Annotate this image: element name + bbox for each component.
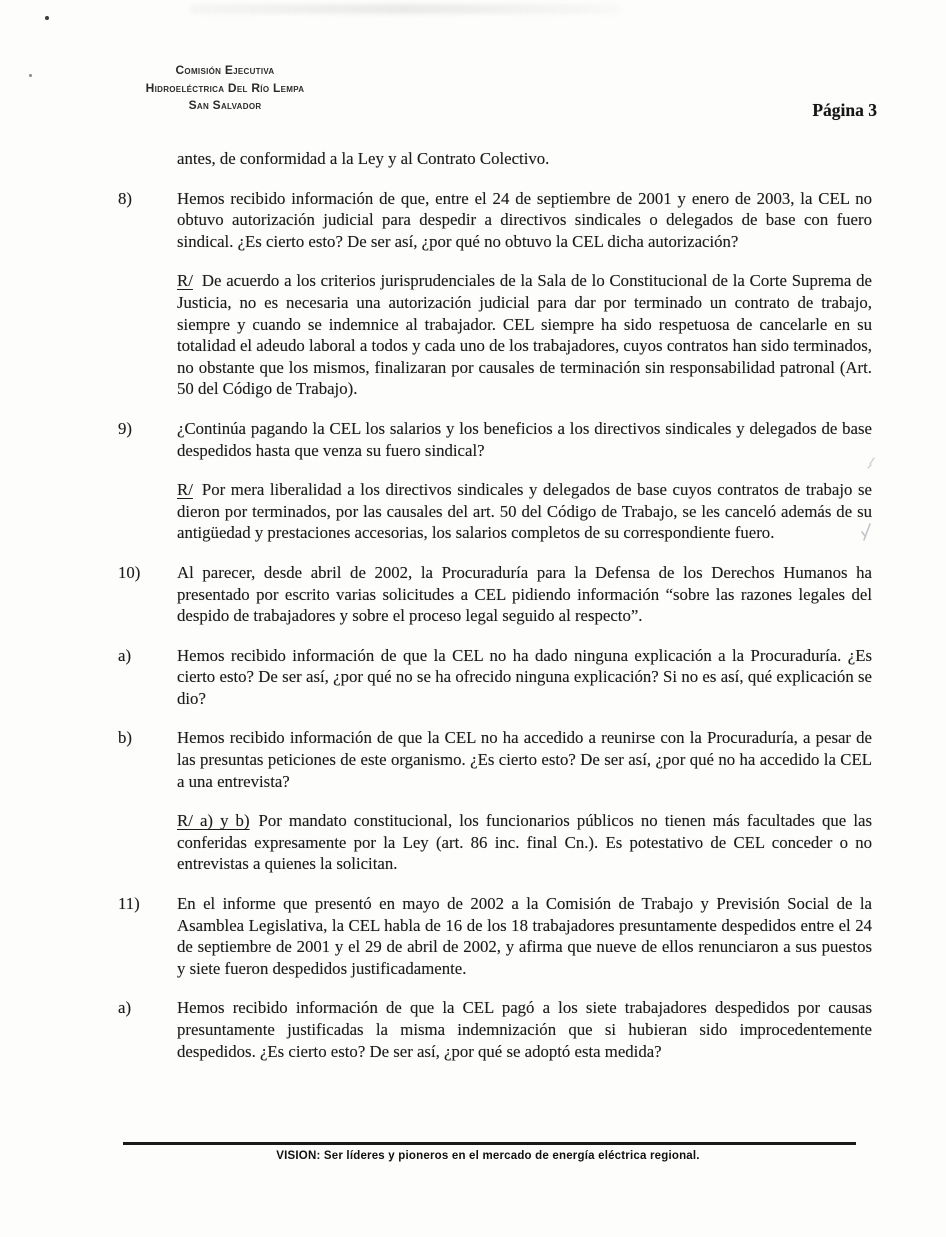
paragraph: b) Hemos recibido información de que la … [118,727,872,792]
paragraph-body: Hemos recibido información de que la CEL… [177,998,872,1060]
answer-label: R/ a) y b) [177,811,250,830]
item-marker: 8) [118,188,177,253]
footer-rule [123,1142,856,1145]
paragraph-text: En el informe que presentó en mayo de 20… [177,893,872,979]
document-body: antes, de conformidad a la Ley y al Cont… [118,148,872,1062]
paragraph-text: R/ a) y b)Por mandato constitucional, lo… [177,810,872,875]
paragraph-body: Hemos recibido información de que la CEL… [177,646,872,708]
paragraph-body: antes, de conformidad a la Ley y al Cont… [177,149,549,168]
paragraph: 8) Hemos recibido información de que, en… [118,188,872,253]
item-marker [118,479,177,544]
paragraph-text: R/Por mera liberalidad a los directivos … [177,479,872,544]
pen-check-mark [858,452,888,552]
item-marker [118,148,177,170]
paragraph-text: Hemos recibido información de que la CEL… [177,727,872,792]
paragraph: 9) ¿Continúa pagando la CEL los salarios… [118,418,872,461]
paragraph: 11) En el informe que presentó en mayo d… [118,893,872,979]
paragraph: R/De acuerdo a los criterios jurispruden… [118,270,872,400]
paragraph: R/ a) y b)Por mandato constitucional, lo… [118,810,872,875]
scan-smudge [190,4,620,14]
item-marker: b) [118,727,177,792]
paragraph-body: ¿Continúa pagando la CEL los salarios y … [177,419,872,460]
item-marker: a) [118,997,177,1062]
answer-label: R/ [177,271,193,290]
scan-speck-dot [45,16,49,20]
scanned-document-page: Comisión Ejecutiva Hidroeléctrica Del Rí… [0,0,946,1237]
letterhead-line-2: Hidroeléctrica Del Río Lempa [98,80,352,98]
paragraph-body: En el informe que presentó en mayo de 20… [177,894,872,978]
paragraph: 10) Al parecer, desde abril de 2002, la … [118,562,872,627]
paragraph-text: antes, de conformidad a la Ley y al Cont… [177,148,872,170]
paragraph-body: Hemos recibido información de que la CEL… [177,728,872,790]
item-marker [118,270,177,400]
item-marker [118,810,177,875]
paragraph: a) Hemos recibido información de que la … [118,645,872,710]
paragraph-text: Hemos recibido información de que, entre… [177,188,872,253]
item-marker: 10) [118,562,177,627]
letterhead-line-3: San Salvador [98,97,352,115]
paragraph-body: Al parecer, desde abril de 2002, la Proc… [177,563,872,625]
paragraph-text: ¿Continúa pagando la CEL los salarios y … [177,418,872,461]
paragraph-body: De acuerdo a los criterios jurisprudenci… [177,271,872,398]
paragraph: antes, de conformidad a la Ley y al Cont… [118,148,872,170]
paragraph-text: R/De acuerdo a los criterios jurispruden… [177,270,872,400]
paragraph: R/Por mera liberalidad a los directivos … [118,479,872,544]
item-marker: 11) [118,893,177,979]
paragraph-body: Por mandato constitucional, los funciona… [177,811,872,873]
answer-label: R/ [177,480,193,499]
paragraph-text: Hemos recibido información de que la CEL… [177,645,872,710]
letterhead-line-1: Comisión Ejecutiva [98,62,352,80]
paragraph-body: Hemos recibido información de que, entre… [177,189,872,251]
item-marker: 9) [118,418,177,461]
page-number: Página 3 [812,100,877,121]
paragraph-text: Hemos recibido información de que la CEL… [177,997,872,1062]
footer-vision-text: VISION: Ser líderes y pioneros en el mer… [15,1150,946,1162]
scan-speck-dot [29,74,32,77]
item-marker: a) [118,645,177,710]
letterhead: Comisión Ejecutiva Hidroeléctrica Del Rí… [98,62,352,115]
paragraph-body: Por mera liberalidad a los directivos si… [177,480,872,542]
paragraph-text: Al parecer, desde abril de 2002, la Proc… [177,562,872,627]
paragraph: a) Hemos recibido información de que la … [118,997,872,1062]
